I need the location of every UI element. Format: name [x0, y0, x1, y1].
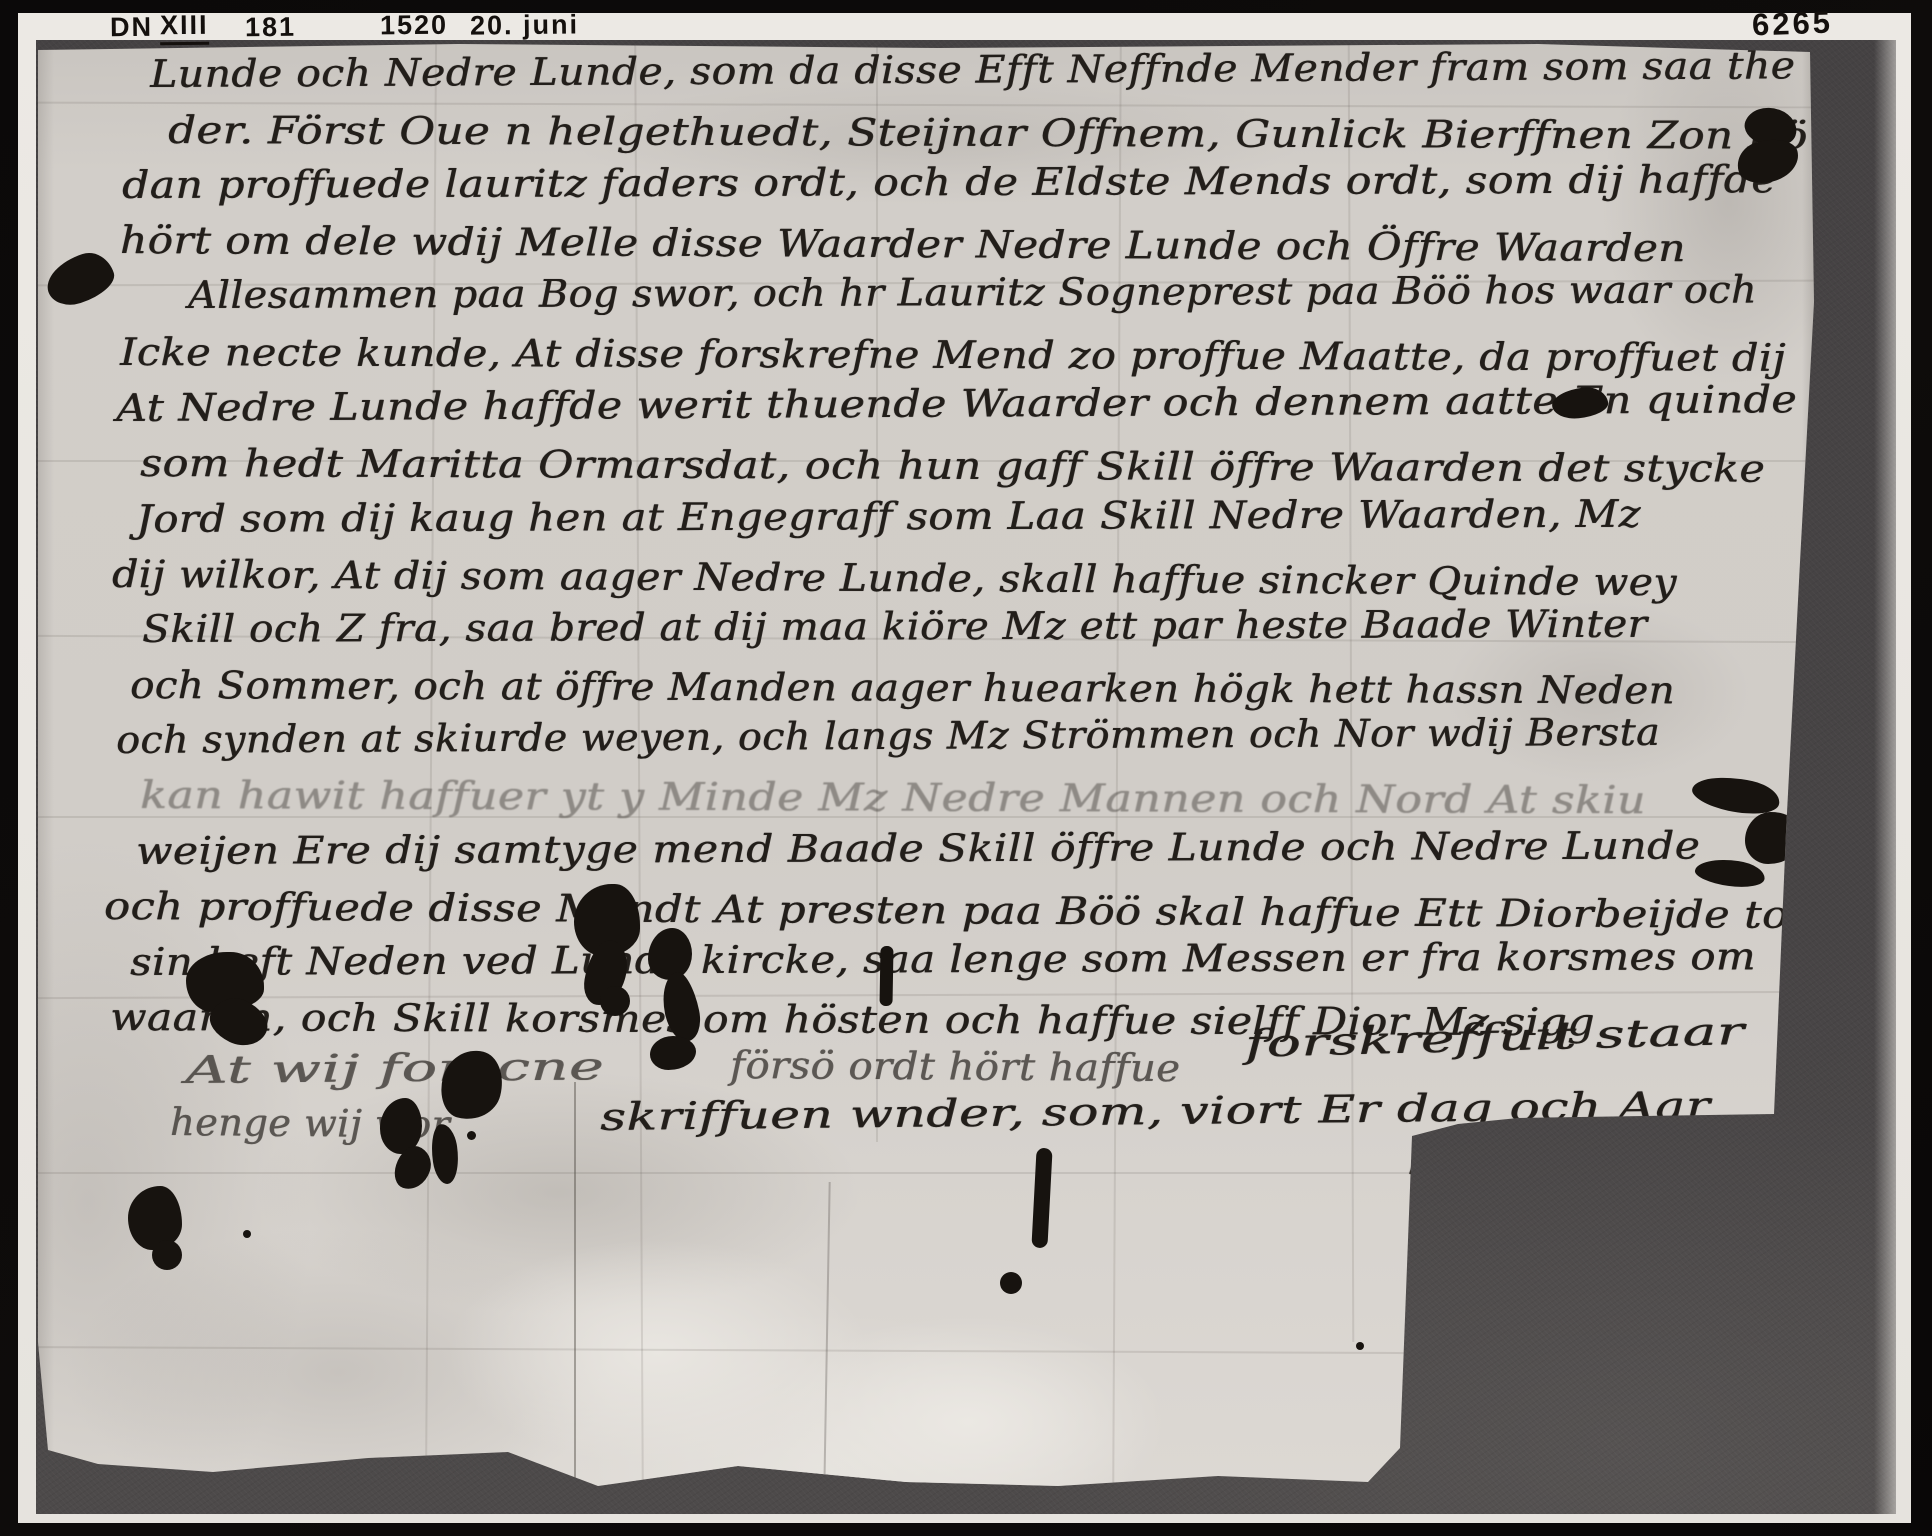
- ink-blot: [648, 928, 692, 980]
- manuscript-fragment: försö ordt hört haffue: [730, 1043, 1181, 1090]
- manuscript-line: hört om dele wdij Melle disse Waarder Ne…: [120, 218, 1686, 270]
- manuscript-line: dij wilkor, At dij som aager Nedre Lunde…: [112, 552, 1677, 604]
- crease-line: [38, 102, 1822, 109]
- ink-blot: [128, 1186, 182, 1250]
- ink-blot: [600, 986, 630, 1016]
- manuscript-line: Icke necte kunde, At disse forskrefne Me…: [120, 330, 1786, 380]
- ink-stroke: [1031, 1148, 1052, 1249]
- annotation-photo-number: 6265: [1751, 5, 1833, 44]
- crease-line: [574, 1082, 576, 1482]
- manuscript-fragment: At wij forscne: [185, 1044, 605, 1092]
- ink-blot: [152, 1240, 182, 1270]
- annotation-collection: DN: [110, 12, 153, 43]
- manuscript-line: och Sommer, och at öffre Manden aager hu…: [130, 663, 1675, 712]
- annotation-year: 1520: [380, 10, 448, 42]
- manuscript-line: dan proffuede lauritz faders ordt, och d…: [122, 157, 1777, 207]
- annotation-volume: XIII: [160, 10, 209, 46]
- crease-line: [823, 1182, 830, 1490]
- ink-blot: [650, 1036, 696, 1070]
- manuscript-line: der. Först Oue n helgethuedt, Steijnar O…: [168, 108, 1808, 158]
- annotation-document-number: 181: [245, 12, 296, 44]
- manuscript-line: sin heft Neden ved Lunde kircke, saa len…: [130, 934, 1756, 984]
- manuscript-line: som hedt Maritta Ormarsdat, och hun gaff…: [140, 441, 1765, 491]
- ink-stroke: [879, 946, 893, 1006]
- ink-dot: [1000, 1272, 1022, 1294]
- ink-dot: [467, 1131, 476, 1140]
- manuscript-line: At Nedre Lunde haffde werit thuende Waar…: [116, 377, 1797, 430]
- annotation-date: 20. juni: [470, 9, 579, 41]
- manuscript-line: Jord som dij kaug hen at Engegraff som L…: [136, 492, 1641, 541]
- ink-dot: [1356, 1342, 1364, 1350]
- manuscript-line: och proffuede disse Mendt At presten paa…: [104, 884, 1789, 937]
- manuscript-line: weijen Ere dij samtyge mend Baade Skill …: [136, 824, 1700, 873]
- manuscript-line: Skill och Z fra, saa bred at dij maa kiö…: [142, 602, 1647, 651]
- ink-blot: [41, 247, 120, 312]
- backdrop-edge-highlight: [1874, 40, 1896, 1514]
- manuscript-line: Allesammen paa Bog swor, och hr Lauritz …: [188, 268, 1757, 317]
- manuscript-line: och synden at skiurde weyen, och langs M…: [116, 710, 1660, 762]
- archival-photo-of-1520-charter: DN XIII 181 1520 20. juni 6265 Lunde och…: [0, 0, 1932, 1536]
- ink-blot: [428, 1122, 462, 1185]
- manuscript-line-faded: kan hawit haffuer yt y Minde Mz Nedre Ma…: [140, 773, 1646, 822]
- manuscript-line: Lunde och Nedre Lunde, som da disse Efft…: [150, 43, 1795, 96]
- ink-dot: [243, 1230, 251, 1238]
